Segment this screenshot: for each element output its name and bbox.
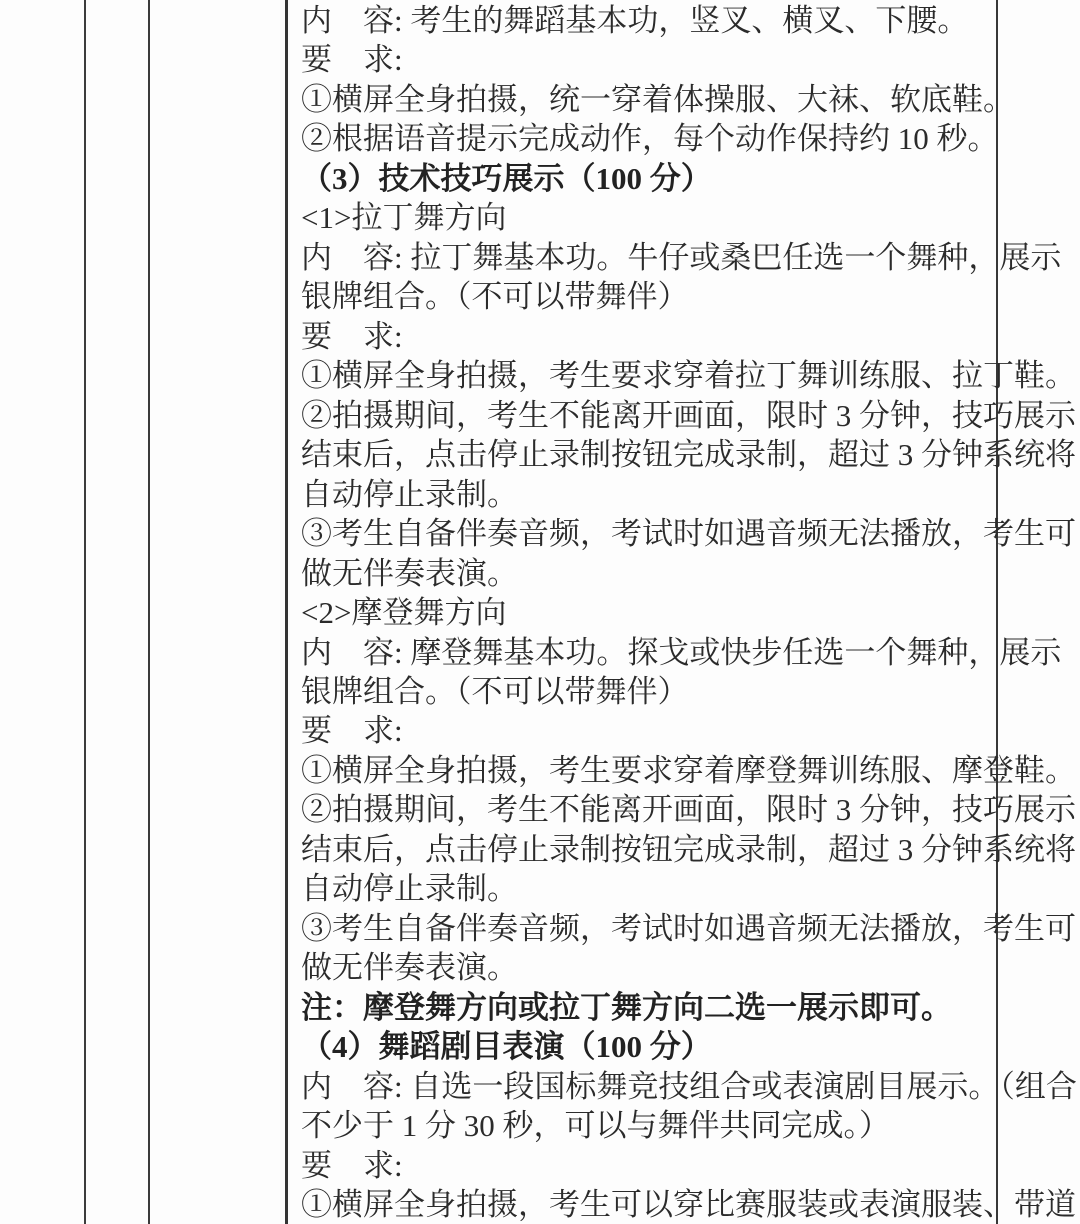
text-line: ③考生自备伴奏音频，考试时如遇音频无法播放，考生可	[301, 909, 986, 948]
table-cell-requirements-text: 内 容: 考生的舞蹈基本功，竖叉、横叉、下腰。要 求:①横屏全身拍摄，统一穿着体…	[288, 0, 998, 1224]
text-line: 要 求:	[301, 40, 986, 79]
table-cell-empty-3	[150, 0, 288, 1224]
text-line: ①横屏全身拍摄，考生要求穿着摩登舞训练服、摩登鞋。	[301, 751, 986, 790]
text-line: 做无伴奏表演。	[301, 554, 986, 593]
text-line: ③考生自备伴奏音频，考试时如遇音频无法播放，考生可	[301, 514, 986, 553]
text-line: ②根据语音提示完成动作，每个动作保持约 10 秒。	[301, 119, 986, 158]
table-cell-empty-1	[0, 0, 86, 1224]
document-table: 内 容: 考生的舞蹈基本功，竖叉、横叉、下腰。要 求:①横屏全身拍摄，统一穿着体…	[0, 0, 1080, 1224]
text-line: 自动停止录制。	[301, 475, 986, 514]
text-line: ②拍摄期间，考生不能离开画面，限时 3 分钟，技巧展示	[301, 396, 986, 435]
text-line: 要 求:	[301, 1146, 986, 1185]
text-line: 内 容: 考生的舞蹈基本功，竖叉、横叉、下腰。	[301, 1, 986, 40]
text-line: 结束后，点击停止录制按钮完成录制，超过 3 分钟系统将	[301, 435, 986, 474]
text-line: 不少于 1 分 30 秒，可以与舞伴共同完成。）	[301, 1106, 986, 1145]
text-line: ①横屏全身拍摄，考生可以穿比赛服装或表演服装、带道	[301, 1185, 986, 1224]
text-line: 要 求:	[301, 317, 986, 356]
text-line: 内 容: 拉丁舞基本功。牛仔或桑巴任选一个舞种，展示	[301, 238, 986, 277]
text-line-heading: 注：摩登舞方向或拉丁舞方向二选一展示即可。	[301, 988, 986, 1027]
text-line: <1>拉丁舞方向	[301, 198, 986, 237]
text-line: 自动停止录制。	[301, 869, 986, 908]
text-line: 内 容: 摩登舞基本功。探戈或快步任选一个舞种，展示	[301, 633, 986, 672]
text-line: <2>摩登舞方向	[301, 593, 986, 632]
text-line: 内 容: 自选一段国标舞竞技组合或表演剧目展示。（组合	[301, 1067, 986, 1106]
text-line: ①横屏全身拍摄，考生要求穿着拉丁舞训练服、拉丁鞋。	[301, 356, 986, 395]
text-line: 要 求:	[301, 711, 986, 750]
text-line-heading: （4）舞蹈剧目表演（100 分）	[301, 1027, 986, 1066]
text-line: 做无伴奏表演。	[301, 948, 986, 987]
table-cell-empty-2	[86, 0, 150, 1224]
text-line: ①横屏全身拍摄，统一穿着体操服、大袜、软底鞋。	[301, 80, 986, 119]
text-line: 结束后，点击停止录制按钮完成录制，超过 3 分钟系统将	[301, 830, 986, 869]
text-line: 银牌组合。（不可以带舞伴）	[301, 672, 986, 711]
page-right-margin	[998, 0, 1080, 1224]
text-line: ②拍摄期间，考生不能离开画面，限时 3 分钟，技巧展示	[301, 790, 986, 829]
text-line: 银牌组合。（不可以带舞伴）	[301, 277, 986, 316]
text-line-heading: （3）技术技巧展示（100 分）	[301, 159, 986, 198]
